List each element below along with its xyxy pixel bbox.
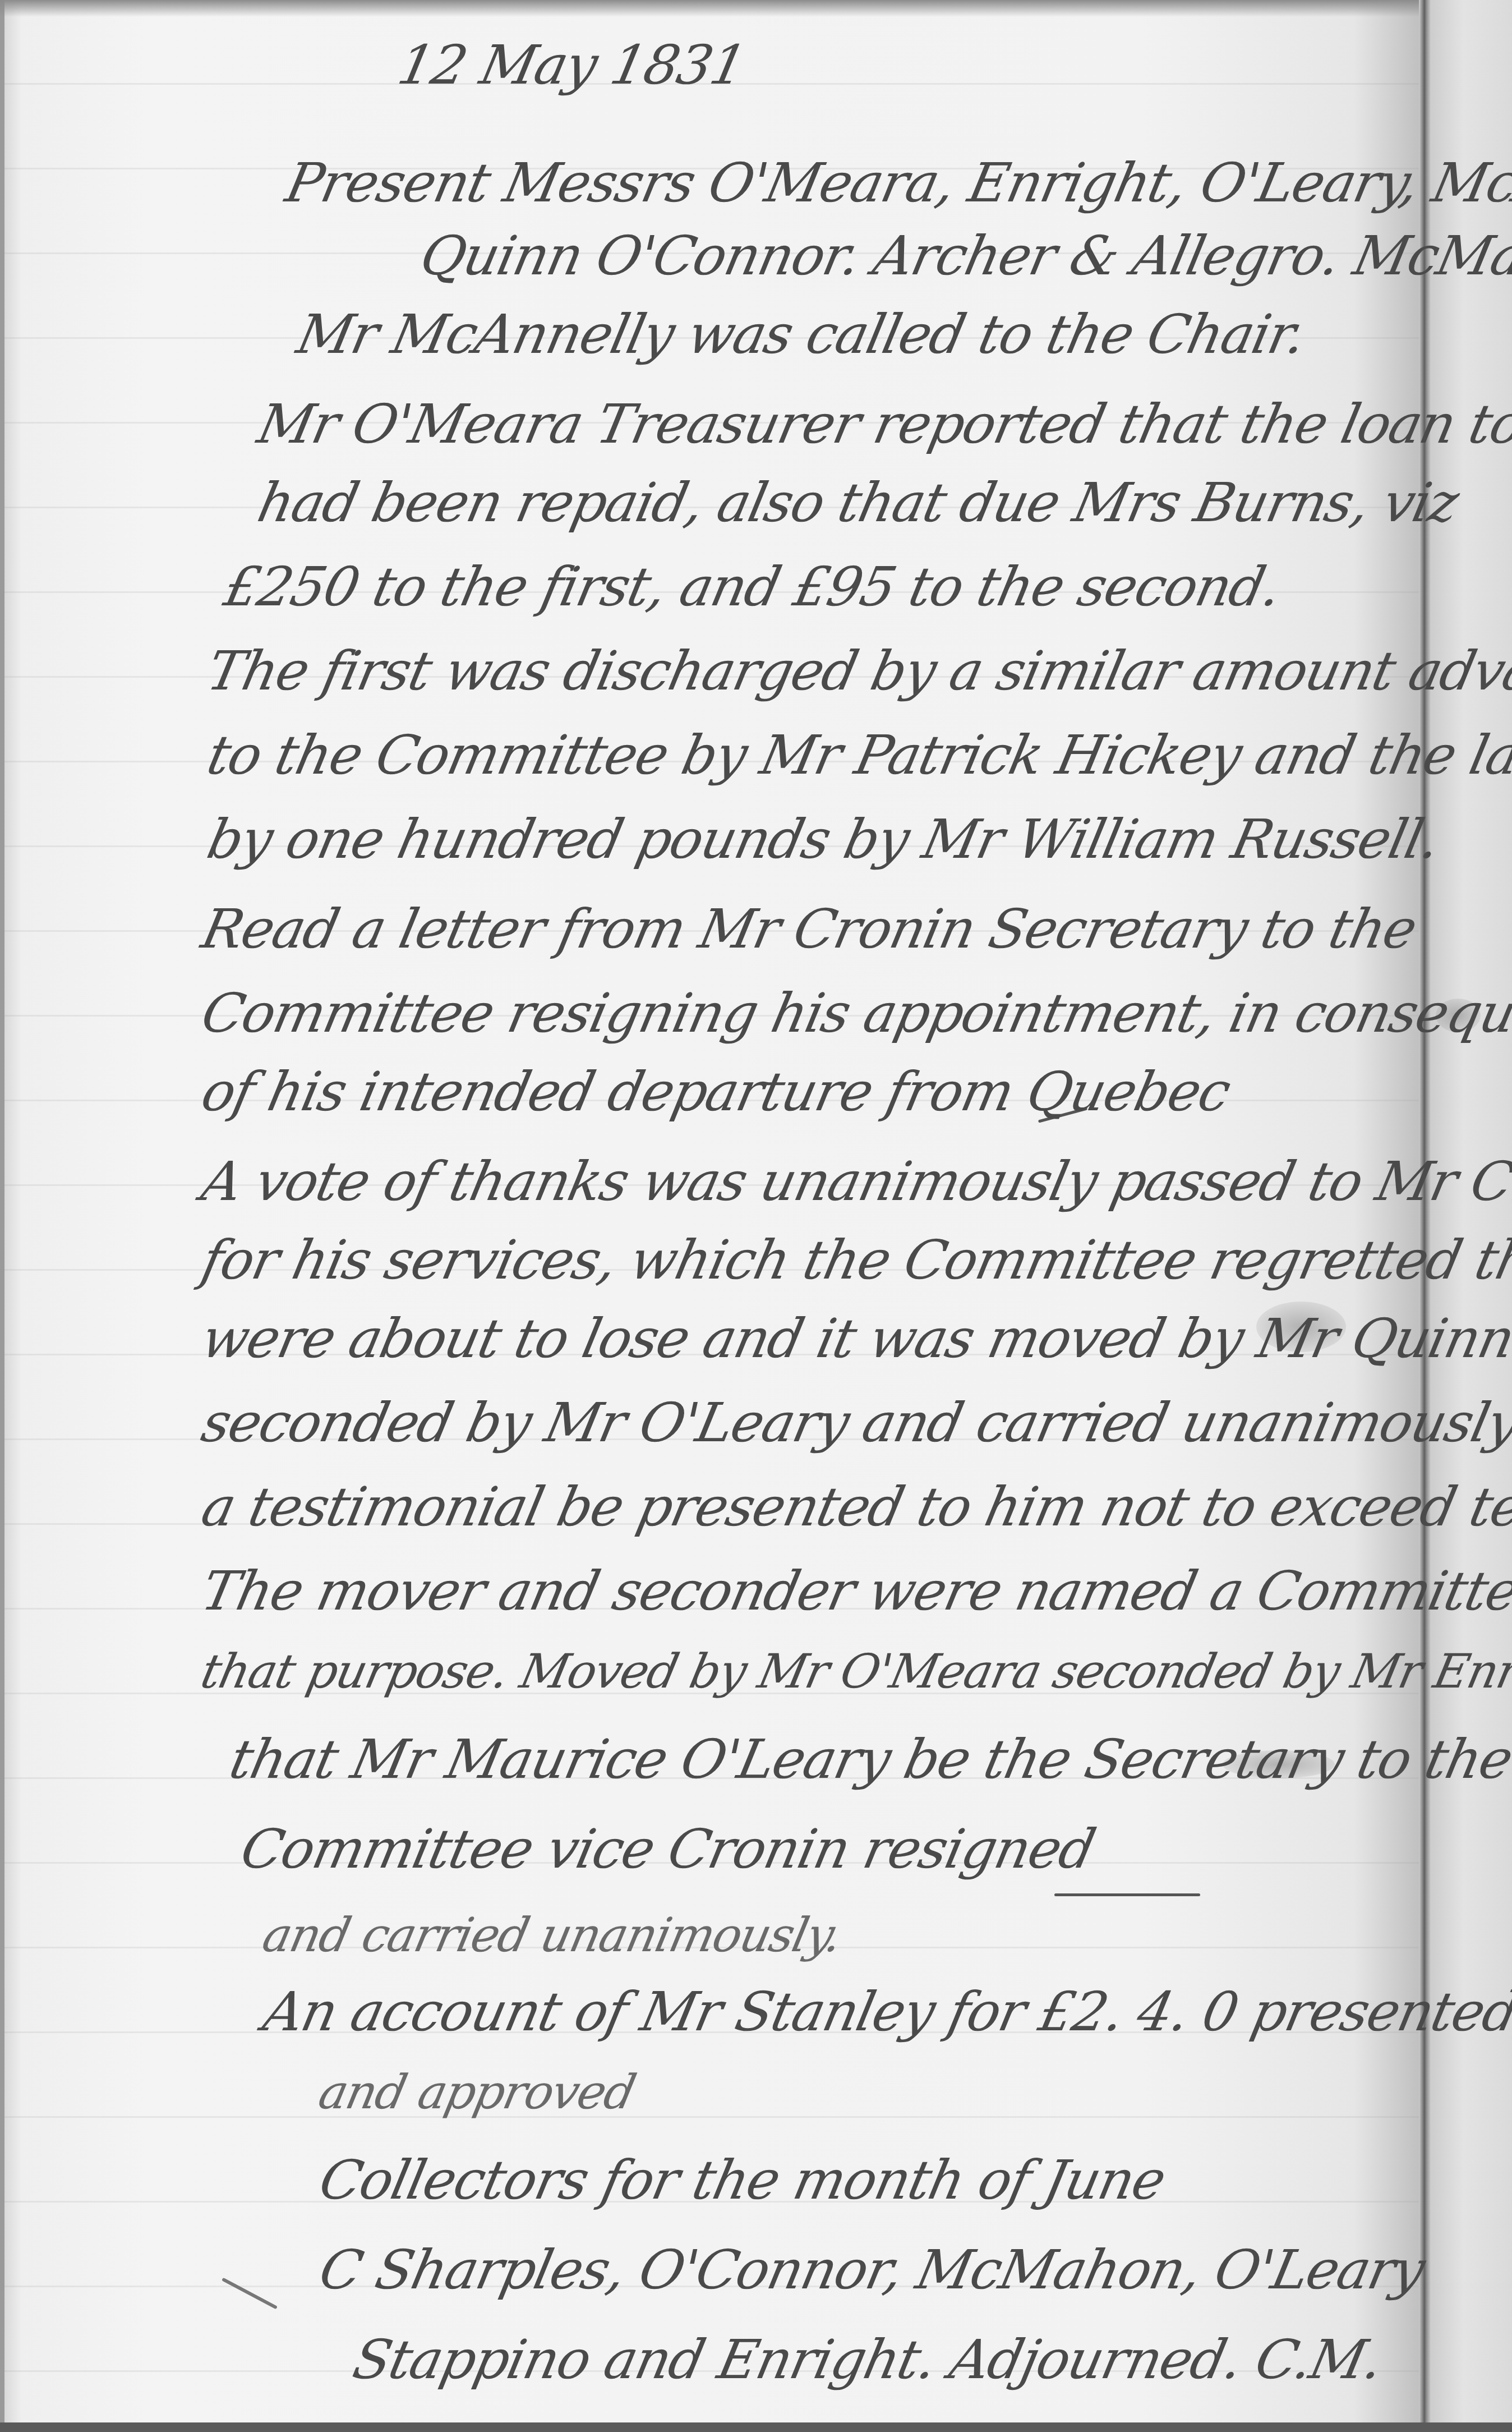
book-spine-gutter bbox=[1419, 0, 1431, 2432]
attendance-line-2: Quinn O'Connor. Archer & Allegro. McMaho… bbox=[415, 224, 1512, 287]
minute-line: and approved bbox=[314, 2065, 640, 2120]
minute-line: had been repaid, also that due Mrs Burns… bbox=[252, 471, 1464, 534]
page-bottom-edge bbox=[0, 2422, 1512, 2432]
minute-line: to the Committee by Mr Patrick Hickey an… bbox=[202, 724, 1512, 787]
minute-line: a testimonial be presented to him not to… bbox=[196, 1475, 1512, 1538]
minute-line: The mover and seconder were named a Comm… bbox=[196, 1560, 1512, 1622]
chair-line: Mr McAnnelly was called to the Chair. bbox=[292, 303, 1311, 366]
pen-flourish-line bbox=[1054, 1893, 1200, 1896]
minute-line: The first was discharged by a similar am… bbox=[202, 640, 1512, 702]
minute-line: were about to lose and it was moved by M… bbox=[196, 1307, 1512, 1370]
minute-line: that Mr Maurice O'Leary be the Secretary… bbox=[224, 1728, 1512, 1791]
date-heading: 12 May 1831 bbox=[393, 34, 751, 96]
page-top-shadow bbox=[0, 0, 1512, 17]
facing-page-edge bbox=[1431, 0, 1512, 2432]
minute-line: seconded by Mr O'Leary and carried unani… bbox=[196, 1391, 1512, 1454]
minute-line: Mr O'Meara Treasurer reported that the l… bbox=[252, 393, 1512, 456]
minute-line: of his intended departure from Quebec bbox=[196, 1060, 1236, 1123]
minute-line: that purpose. Moved by Mr O'Meara second… bbox=[196, 1644, 1512, 1699]
collectors-names: C Sharples, O'Connor, McMahon, O'Leary bbox=[314, 2238, 1430, 2301]
minute-line: A vote of thanks was unanimously passed … bbox=[196, 1150, 1512, 1213]
minute-line: Committee vice Cronin resigned bbox=[236, 1818, 1100, 1881]
closing-line: Stappino and Enright. Adjourned. C.M. bbox=[348, 2328, 1387, 2391]
minute-line: by one hundred pounds by Mr William Russ… bbox=[202, 808, 1445, 871]
minute-line: £250 to the first, and £95 to the second… bbox=[219, 555, 1286, 618]
minute-line: and carried unanimously. bbox=[258, 1907, 846, 1962]
collectors-heading: Collectors for the month of June bbox=[314, 2149, 1170, 2212]
minute-line: Committee resigning his appointment, in … bbox=[196, 982, 1512, 1045]
minute-line: for his services, which the Committee re… bbox=[196, 1229, 1512, 1291]
account-line: An account of Mr Stanley for £2. 4. 0 pr… bbox=[258, 1980, 1512, 2043]
attendance-line-1: Present Messrs O'Meara, Enright, O'Leary… bbox=[280, 151, 1512, 214]
minute-line: Read a letter from Mr Cronin Secretary t… bbox=[196, 898, 1422, 960]
